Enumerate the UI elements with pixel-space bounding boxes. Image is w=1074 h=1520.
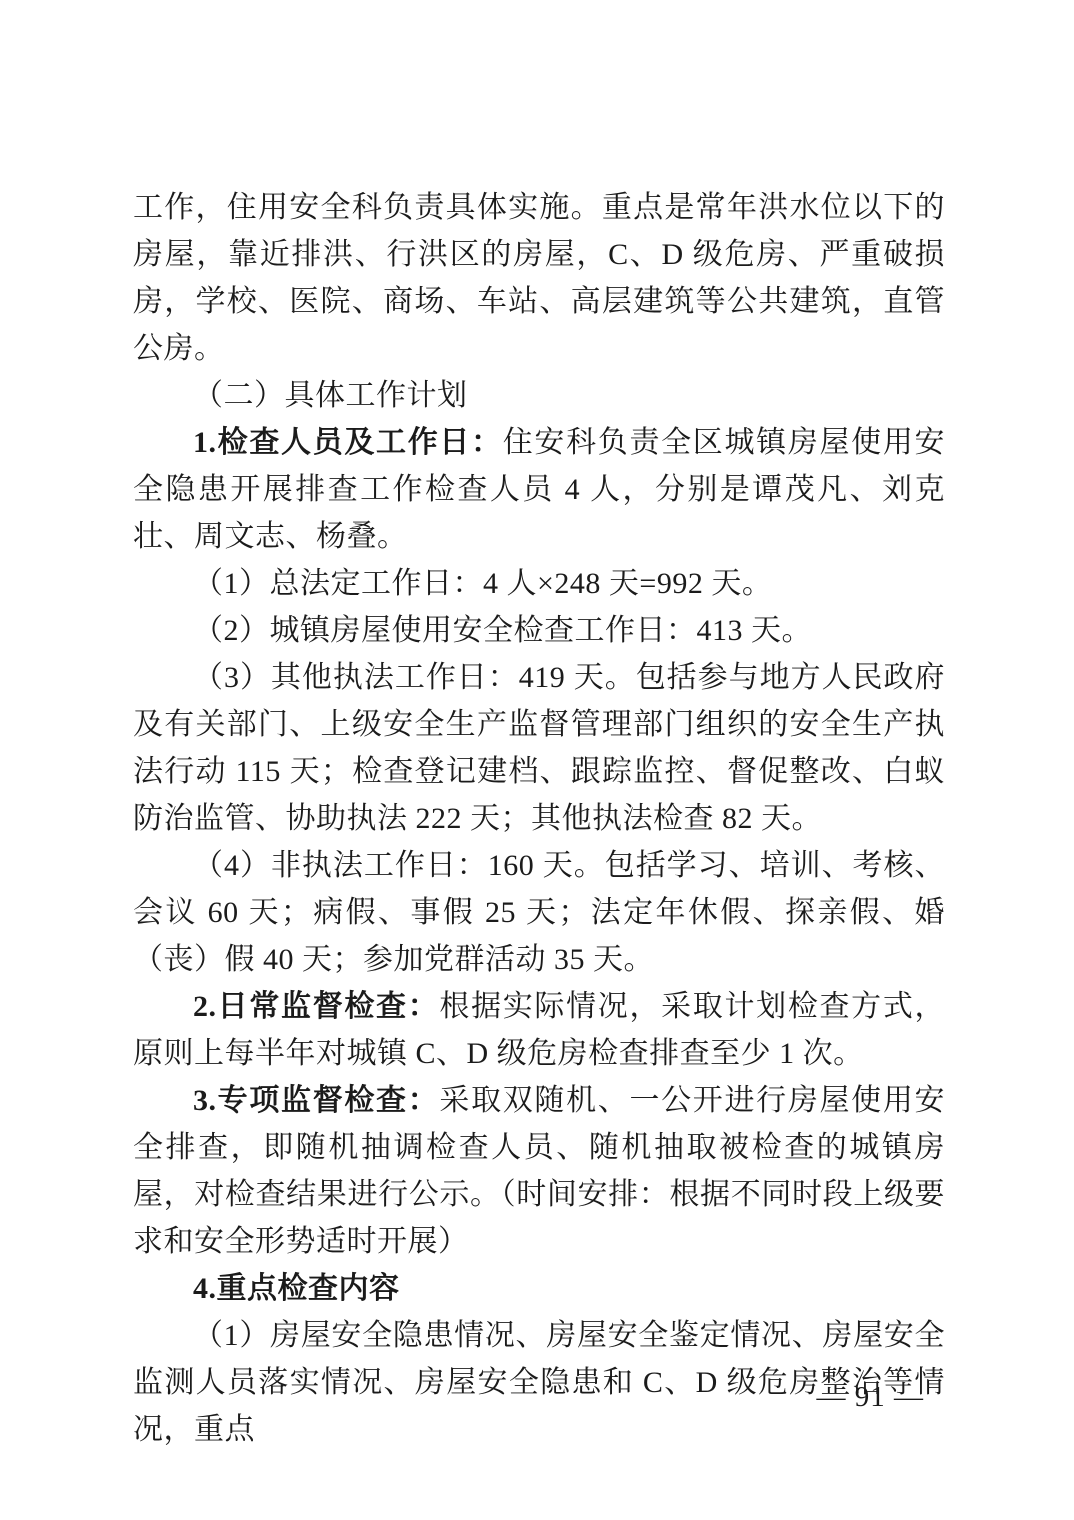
heading-key-inspection-content: 4.重点检查内容	[133, 1265, 945, 1312]
paragraph-bold-lead: 1.检查人员及工作日：	[193, 426, 503, 459]
page-number: — 91 —	[817, 1380, 925, 1414]
paragraph-special-supervision: 3.专项监督检查：采取双随机、一公开进行房屋使用安全排查，即随机抽调检查人员、随…	[133, 1077, 945, 1265]
paragraph-bold-lead: 2.日常监督检查：	[193, 990, 439, 1023]
paragraph-daily-supervision: 2.日常监督检查：根据实际情况，采取计划检查方式，原则上每半年对城镇 C、D 级…	[133, 983, 945, 1077]
paragraph-bold-lead: 3.专项监督检查：	[193, 1084, 439, 1117]
paragraph-text: （4）非执法工作日：160 天。包括学习、培训、考核、会议 60 天；病假、事假…	[133, 849, 945, 976]
document-body: 工作，住用安全科负责具体实施。重点是常年洪水位以下的房屋，靠近排洪、行洪区的房屋…	[133, 184, 945, 1453]
paragraph-text: （1）总法定工作日：4 人×248 天=992 天。	[193, 567, 772, 600]
item-total-statutory-workdays: （1）总法定工作日：4 人×248 天=992 天。	[133, 560, 945, 607]
heading-bold-text: 4.重点检查内容	[193, 1272, 400, 1305]
paragraph-text: （2）城镇房屋使用安全检查工作日：413 天。	[193, 614, 812, 647]
heading-specific-work-plan: （二）具体工作计划	[133, 372, 945, 419]
paragraph-continuation: 工作，住用安全科负责具体实施。重点是常年洪水位以下的房屋，靠近排洪、行洪区的房屋…	[133, 184, 945, 372]
paragraph-text: 工作，住用安全科负责具体实施。重点是常年洪水位以下的房屋，靠近排洪、行洪区的房屋…	[133, 191, 945, 365]
heading-text: （二）具体工作计划	[193, 379, 468, 412]
paragraph-text: （3）其他执法工作日：419 天。包括参与地方人民政府及有关部门、上级安全生产监…	[133, 661, 945, 835]
item-housing-safety-inspection-workdays: （2）城镇房屋使用安全检查工作日：413 天。	[133, 607, 945, 654]
paragraph-inspectors-workdays: 1.检查人员及工作日：住安科负责全区城镇房屋使用安全隐患开展排查工作检查人员 4…	[133, 419, 945, 560]
item-other-enforcement-workdays: （3）其他执法工作日：419 天。包括参与地方人民政府及有关部门、上级安全生产监…	[133, 654, 945, 842]
item-non-enforcement-workdays: （4）非执法工作日：160 天。包括学习、培训、考核、会议 60 天；病假、事假…	[133, 842, 945, 983]
document-page: 工作，住用安全科负责具体实施。重点是常年洪水位以下的房屋，靠近排洪、行洪区的房屋…	[0, 0, 1074, 1520]
